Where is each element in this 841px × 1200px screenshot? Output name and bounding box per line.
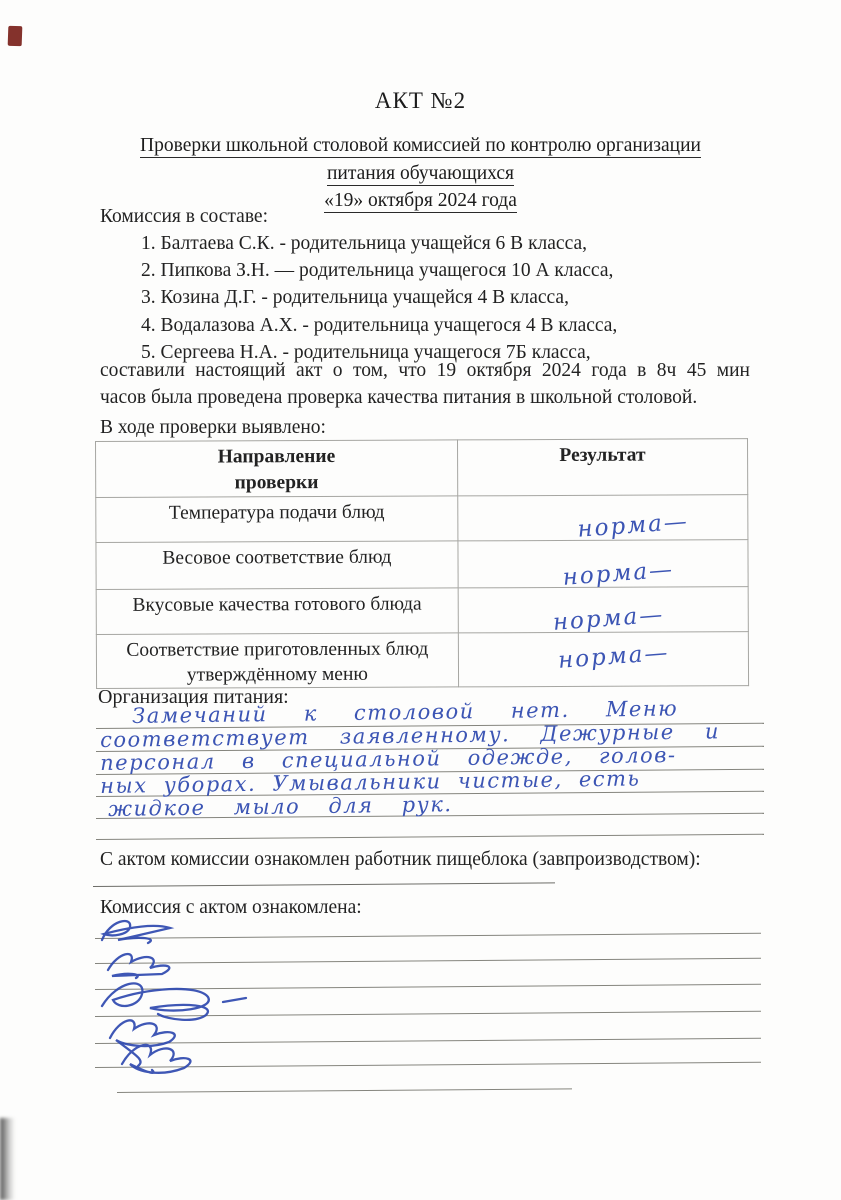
result-cell: норма— [458,587,748,633]
signature-line-worker [93,882,555,887]
result-cell: норма— [458,495,748,541]
direction-cell: Соответствие приготовленных блюд утвержд… [96,633,458,689]
table-row: Весовое соответствие блюд норма— [96,540,748,590]
findings-heading: В ходе проверки выявлено: [100,417,326,439]
column-header-direction: Направление проверки [96,440,458,498]
commission-member: 1. Балтаева С.К. - родительница учащейся… [141,230,617,257]
signature-scribble [102,921,170,943]
result-cell: норма— [458,540,748,588]
commission-heading: Комиссия в составе: [100,206,268,228]
acknowledgement-worker: С актом комиссии ознакомлен работник пищ… [100,849,701,871]
signature-scribble [108,954,169,978]
page-title: АКТ №2 [0,88,841,114]
ruled-line [96,834,764,840]
document-subtitle: Проверки школьной столовой комиссией по … [0,132,841,215]
signature-scribble [122,1045,190,1073]
column-header-result: Результат [457,439,747,496]
direction-cell: Температура подачи блюд [96,496,458,543]
handwritten-result: норма— [552,602,665,636]
subtitle-line-2: питания обучающихся [0,160,841,188]
direction-cell: Вкусовые качества готового блюда [96,588,458,635]
commission-member: 3. Козина Д.Г. - родительница учащейся 4… [141,284,617,311]
signature-scribble [223,998,246,1002]
findings-table: Направление проверки Результат Температу… [95,438,749,689]
body-paragraph-line-1: составили настоящий акт о том, что 19 ок… [100,357,750,384]
commission-signatures [88,914,328,1079]
scan-artifact-corner-mark [8,26,23,46]
scan-artifact-edge-smudge [0,1118,15,1200]
handwritten-result: норма— [576,509,689,543]
signature-scribble [102,983,209,1019]
handwritten-note-line: жидкое мыло для рук. [108,792,453,821]
table-row: Температура подачи блюд норма— [96,495,748,543]
signature-scribble [110,1020,175,1066]
table-row: Вкусовые качества готового блюда норма— [96,587,748,635]
commission-list: 1. Балтаева С.К. - родительница учащейся… [141,230,617,366]
commission-member: 4. Водалазова А.Х. - родительница учащег… [141,312,617,339]
ruled-line [117,1088,572,1093]
direction-cell: Весовое соответствие блюд [96,541,458,590]
scanned-document-page: АКТ №2 Проверки школьной столовой комисс… [0,0,841,1200]
handwritten-result: норма— [557,640,670,674]
subtitle-line-1: Проверки школьной столовой комиссией по … [0,132,841,160]
result-cell: норма— [458,632,748,687]
body-paragraph: составили настоящий акт о том, что 19 ок… [100,357,750,411]
handwritten-result: норма— [561,557,674,591]
commission-member: 2. Пипкова З.Н. — родительница учащегося… [141,257,617,284]
body-paragraph-line-2: часов была проведена проверка качества п… [100,384,750,411]
table-row: Соответствие приготовленных блюд утвержд… [96,632,748,689]
table-header-row: Направление проверки Результат [96,439,748,498]
